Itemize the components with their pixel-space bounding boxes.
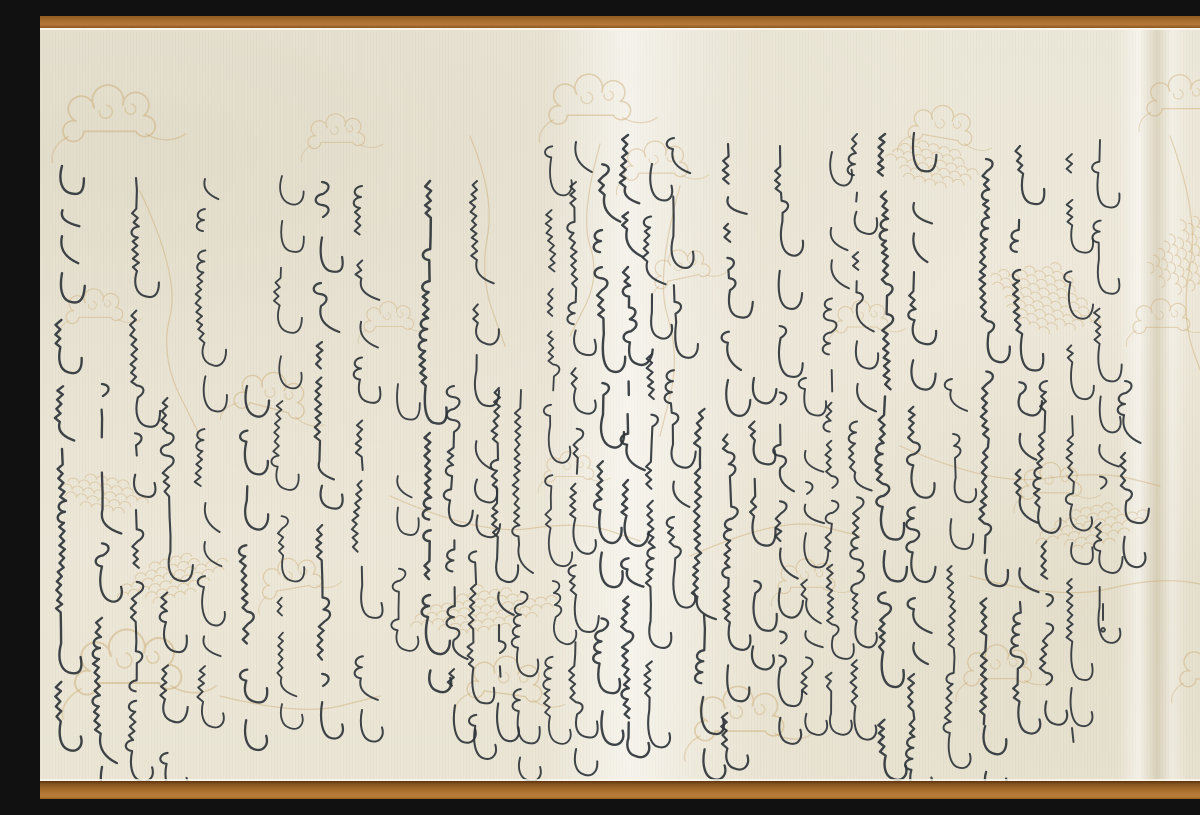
text-column [1064,154,1094,726]
cloud-motif [1139,75,1200,132]
text-column [419,181,451,692]
dragon-scales-motif [882,133,983,195]
text-column [1092,140,1122,643]
text-column [126,178,160,781]
text-column [799,378,829,735]
text-column [875,134,907,780]
text-column [1033,381,1067,725]
cloud-motif [52,85,185,163]
dragon-scales-motif [979,240,1117,352]
text-column [848,134,879,740]
cloud-motif [956,645,1053,702]
cloud-motif [539,74,657,143]
text-column [512,390,541,781]
cloud-motif [829,300,906,345]
text-column [721,144,753,770]
scroll-border-bottom [40,781,1200,799]
text-column [593,164,625,744]
text-column [979,159,1010,793]
text-column [1118,381,1149,567]
scroll-artwork [40,16,1200,799]
ribbon-motif [1170,136,1200,396]
ribbon-motif [220,696,380,709]
text-column [491,388,519,741]
text-column [1011,146,1045,734]
dragon-scales-motif [111,544,233,612]
text-column [944,379,977,768]
cloud-motif [616,141,708,195]
cloud-motif [643,240,733,304]
text-column [352,186,383,742]
cloud-motif [1126,299,1200,347]
text-column [749,378,777,669]
text-column [195,179,227,727]
text-column [314,182,343,739]
text-column [905,133,936,792]
manuscript-scroll-photo [40,16,1200,799]
text-column [823,152,854,735]
ribbon-motif [140,191,200,436]
scroll-border-top [40,16,1200,28]
cloud-motif [897,99,997,168]
ribbon-motif [660,186,680,436]
punctuation-mark [1101,604,1105,632]
text-column [643,164,673,747]
text-column [160,398,193,792]
text-column [55,166,85,751]
cloud-motif [301,114,383,162]
text-column [239,386,269,750]
text-column [271,176,304,729]
text-layer [55,133,1200,799]
text-column [773,146,803,744]
text-column [567,142,598,799]
text-column [665,138,698,608]
cloud-motif [250,550,345,615]
cloud-motif [59,289,141,337]
dragon-scales-motif [406,574,560,641]
cloud-motif [62,629,216,719]
punctuation-mark [1072,728,1074,742]
cloud-motif [1014,462,1101,513]
text-column [391,384,419,651]
text-column [93,384,123,797]
cloud-motif [1172,643,1200,703]
